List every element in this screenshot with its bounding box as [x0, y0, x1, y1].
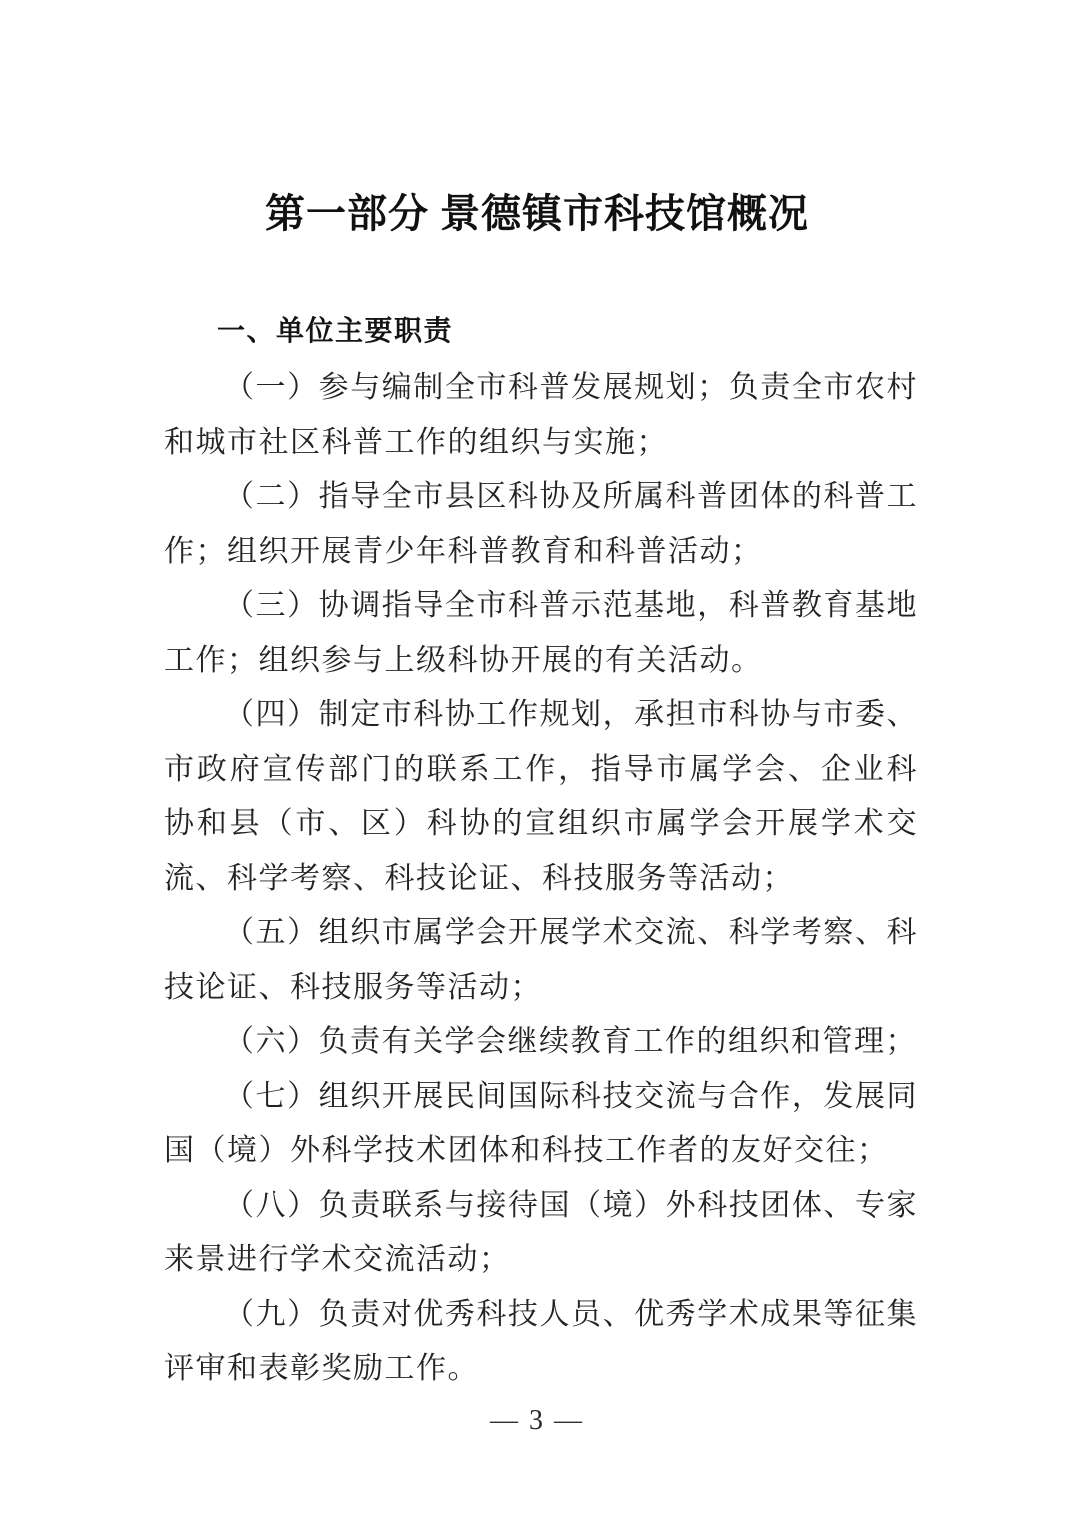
body-paragraph: （八）负责联系与接待国（境）外科技团体、专家来景进行学术交流活动； — [164, 1179, 918, 1288]
body-paragraph: （四）制定市科协工作规划，承担市科协与市委、市政府宣传部门的联系工作，指导市属学… — [164, 688, 918, 906]
body-paragraph: （七）组织开展民间国际科技交流与合作，发展同国（境）外科学技术团体和科技工作者的… — [164, 1070, 918, 1179]
section-heading: 一、单位主要职责 — [164, 304, 918, 358]
page-title: 第一部分 景德镇市科技馆概况 — [0, 0, 1074, 242]
body-paragraph: （二）指导全市县区科协及所属科普团体的科普工作；组织开展青少年科普教育和科普活动… — [164, 470, 918, 579]
page-number: — 3 — — [0, 1405, 1074, 1437]
body-paragraph: （三）协调指导全市科普示范基地，科普教育基地工作；组织参与上级科协开展的有关活动… — [164, 579, 918, 688]
body-paragraph: （九）负责对优秀科技人员、优秀学术成果等征集评审和表彰奖励工作。 — [164, 1288, 918, 1397]
document-page: 第一部分 景德镇市科技馆概况 一、单位主要职责 （一）参与编制全市科普发展规划；… — [0, 0, 1074, 1520]
body-paragraph: （六）负责有关学会继续教育工作的组织和管理； — [164, 1015, 918, 1070]
body-paragraphs: （一）参与编制全市科普发展规划；负责全市农村和城市社区科普工作的组织与实施；（二… — [164, 361, 918, 1397]
body-paragraph: （一）参与编制全市科普发展规划；负责全市农村和城市社区科普工作的组织与实施； — [164, 361, 918, 470]
body-paragraph: （五）组织市属学会开展学术交流、科学考察、科技论证、科技服务等活动； — [164, 906, 918, 1015]
